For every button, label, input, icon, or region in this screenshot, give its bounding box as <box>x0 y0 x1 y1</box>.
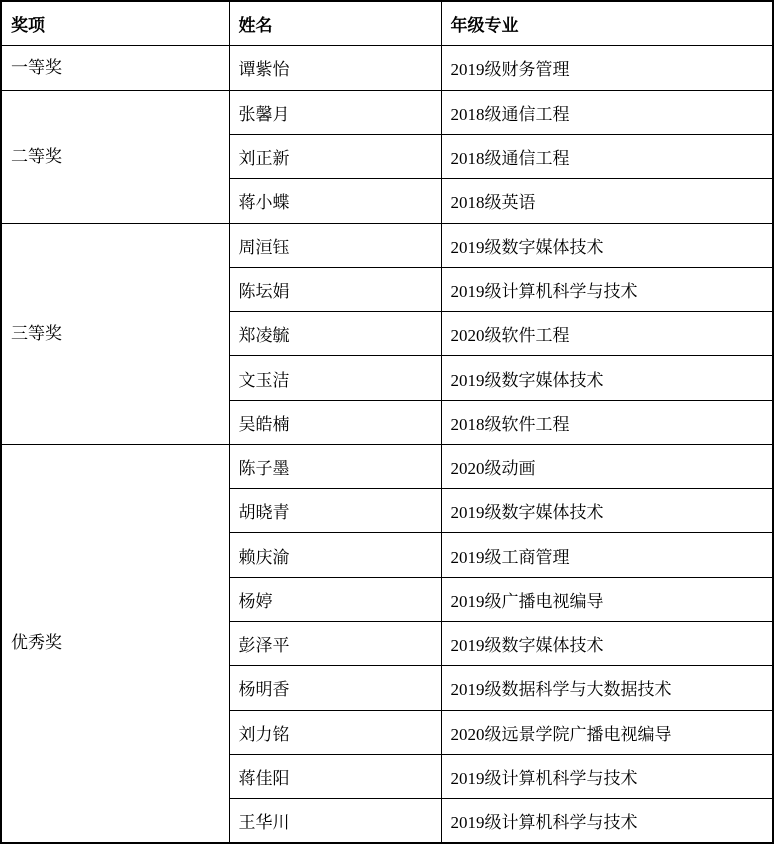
name-cell: 吴皓楠 <box>229 400 441 444</box>
grade-major-cell: 2018级软件工程 <box>441 400 773 444</box>
grade-major-cell: 2019级工商管理 <box>441 533 773 577</box>
name-cell: 蒋小蝶 <box>229 179 441 223</box>
award-cell: 优秀奖 <box>1 444 229 843</box>
grade-major-cell: 2019级数字媒体技术 <box>441 356 773 400</box>
award-winners-table: 奖项 姓名 年级专业 一等奖谭紫怡2019级财务管理二等奖张馨月2018级通信工… <box>0 0 774 844</box>
table-body: 一等奖谭紫怡2019级财务管理二等奖张馨月2018级通信工程刘正新2018级通信… <box>1 45 773 843</box>
table-row: 三等奖周洹钰2019级数字媒体技术 <box>1 223 773 267</box>
name-cell: 彭泽平 <box>229 621 441 665</box>
header-award: 奖项 <box>1 1 229 45</box>
grade-major-cell: 2019级数字媒体技术 <box>441 489 773 533</box>
name-cell: 赖庆渝 <box>229 533 441 577</box>
name-cell: 杨明香 <box>229 666 441 710</box>
grade-major-cell: 2020级远景学院广播电视编导 <box>441 710 773 754</box>
grade-major-cell: 2019级数字媒体技术 <box>441 621 773 665</box>
award-cell: 一等奖 <box>1 45 229 90</box>
name-cell: 刘力铭 <box>229 710 441 754</box>
grade-major-cell: 2019级财务管理 <box>441 45 773 90</box>
grade-major-cell: 2018级通信工程 <box>441 90 773 134</box>
grade-major-cell: 2019级计算机科学与技术 <box>441 267 773 311</box>
name-cell: 谭紫怡 <box>229 45 441 90</box>
name-cell: 郑凌毓 <box>229 312 441 356</box>
name-cell: 刘正新 <box>229 135 441 179</box>
table-row: 二等奖张馨月2018级通信工程 <box>1 90 773 134</box>
name-cell: 文玉洁 <box>229 356 441 400</box>
name-cell: 陈坛娟 <box>229 267 441 311</box>
grade-major-cell: 2020级动画 <box>441 444 773 488</box>
grade-major-cell: 2019级数字媒体技术 <box>441 223 773 267</box>
name-cell: 王华川 <box>229 799 441 843</box>
name-cell: 张馨月 <box>229 90 441 134</box>
name-cell: 胡晓青 <box>229 489 441 533</box>
grade-major-cell: 2018级通信工程 <box>441 135 773 179</box>
name-cell: 周洹钰 <box>229 223 441 267</box>
grade-major-cell: 2019级数据科学与大数据技术 <box>441 666 773 710</box>
table-row: 优秀奖陈子墨2020级动画 <box>1 444 773 488</box>
award-cell: 三等奖 <box>1 223 229 444</box>
award-cell: 二等奖 <box>1 90 229 223</box>
grade-major-cell: 2018级英语 <box>441 179 773 223</box>
grade-major-cell: 2019级计算机科学与技术 <box>441 754 773 798</box>
header-name: 姓名 <box>229 1 441 45</box>
name-cell: 杨婷 <box>229 577 441 621</box>
header-grade-major: 年级专业 <box>441 1 773 45</box>
grade-major-cell: 2019级计算机科学与技术 <box>441 799 773 843</box>
grade-major-cell: 2020级软件工程 <box>441 312 773 356</box>
table-row: 一等奖谭紫怡2019级财务管理 <box>1 45 773 90</box>
name-cell: 陈子墨 <box>229 444 441 488</box>
grade-major-cell: 2019级广播电视编导 <box>441 577 773 621</box>
name-cell: 蒋佳阳 <box>229 754 441 798</box>
table-header-row: 奖项 姓名 年级专业 <box>1 1 773 45</box>
